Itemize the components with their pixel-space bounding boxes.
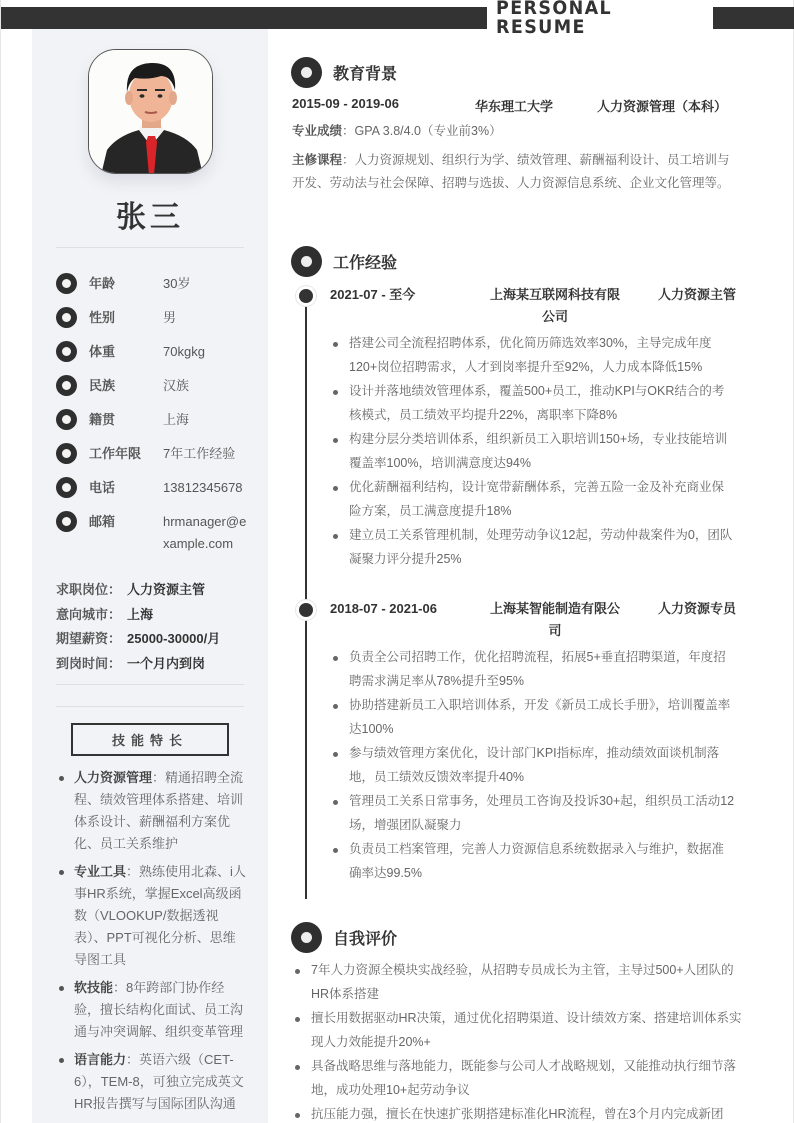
bullet-item: 负责员工档案管理，完善人力资源信息系统数据录入与维护，数据准确率达99.5% [330, 838, 736, 885]
skill-sep: ： [126, 864, 139, 879]
info-row-ethnicity: 民族 汉族 [56, 375, 256, 409]
job-intent-value: 一个月内到岗 [127, 652, 205, 677]
info-value: 上海 [163, 409, 247, 431]
job-intent-label: 意向城市： [56, 603, 127, 628]
info-value: 7年工作经验 [163, 443, 247, 465]
job-intent-list: 求职岗位： 人力资源主管 意向城市： 上海 期望薪资： 25000-30000/… [56, 578, 256, 676]
bullet-item: 管理员工关系日常事务，处理员工咨询及投诉30+起，组织员工活动12场，增强团队凝… [330, 790, 736, 837]
skills-title: 技能特长 [112, 730, 188, 749]
info-value: 男 [163, 307, 247, 329]
skill-name: 人力资源管理 [74, 770, 152, 785]
info-value: 70kgkg [163, 341, 247, 363]
info-label: 籍贯 [89, 409, 163, 430]
self-eval-list: 7年人力资源全模块实战经验，从招聘专员成长为主管，主导过500+人团队的HR体系… [292, 959, 742, 1123]
skill-name: 软技能 [74, 980, 113, 995]
job-intent-row: 到岗时间： 一个月内到岗 [56, 652, 256, 677]
info-label: 体重 [89, 341, 163, 362]
info-value: 30岁 [163, 273, 247, 295]
job-date: 2021-07 - 至今 [330, 284, 485, 328]
divider [56, 706, 244, 707]
skill-item: 软技能：8年跨部门协作经验，擅长结构化面试、员工沟通与冲突调解、组织变革管理 [56, 977, 246, 1043]
info-row-age: 年龄 30岁 [56, 273, 256, 307]
skill-sep: ： [126, 1052, 139, 1067]
dot-icon [56, 511, 77, 532]
dot-icon [56, 443, 77, 464]
section-dot-icon [291, 57, 322, 88]
info-value: 汉族 [163, 375, 247, 397]
info-label: 工作年限 [89, 443, 163, 464]
info-row-weight: 体重 70kgkg [56, 341, 256, 375]
job-position: 人力资源主管 [625, 284, 736, 328]
sidebar: 张三 年龄 30岁 性别 男 体重 70kgkg 民族 汉族 [32, 29, 268, 1123]
header-title-box: PERSONAL RESUME [487, 7, 713, 29]
info-row-gender: 性别 男 [56, 307, 256, 341]
eval-item: 擅长用数据驱动HR决策，通过优化招聘渠道、设计绩效方案、搭建培训体系实现人力效能… [292, 1007, 742, 1054]
skill-sep: ： [113, 980, 126, 995]
job-intent-label: 求职岗位： [56, 578, 127, 603]
info-row-phone: 电话 13812345678 [56, 477, 256, 511]
gpa-label: 专业成绩 [292, 124, 342, 138]
info-label: 电话 [89, 477, 163, 498]
job-intent-row: 意向城市： 上海 [56, 603, 256, 628]
bullet-item: 协助搭建新员工入职培训体系，开发《新员工成长手册》，培训覆盖率达100% [330, 694, 736, 741]
job-date: 2018-07 - 2021-06 [330, 598, 485, 642]
gpa-sep: ： [342, 124, 355, 138]
bullet-item: 构建分层分类培训体系，组织新员工入职培训150+场，专业技能培训覆盖率100%，… [330, 428, 736, 475]
info-row-hometown: 籍贯 上海 [56, 409, 256, 443]
job-company: 上海某互联网科技有限公司 [485, 284, 625, 328]
candidate-name: 张三 [32, 192, 268, 236]
timeline-dot-icon [299, 603, 313, 617]
job-intent-value: 人力资源主管 [127, 578, 205, 603]
skills-title-box: 技能特长 [71, 723, 229, 756]
education-school: 华东理工大学 [475, 96, 597, 115]
eval-item: 7年人力资源全模块实战经验，从招聘专员成长为主管，主导过500+人团队的HR体系… [292, 959, 742, 1006]
courses-label: 主修课程 [292, 153, 342, 167]
bullet-item: 搭建公司全流程招聘体系，优化简历筛选效率30%，主导完成年度120+岗位招聘需求… [330, 332, 736, 379]
dot-icon [56, 477, 77, 498]
dot-icon [56, 273, 77, 294]
education-row: 2015-09 - 2019-06 华东理工大学 人力资源管理（本科） [292, 96, 736, 115]
skill-item: 专业工具：熟练使用北森、i人事HR系统，掌握Excel高级函数（VLOOKUP/… [56, 861, 246, 971]
skill-sep: ： [152, 770, 165, 785]
bullet-item: 建立员工关系管理机制，处理劳动争议12起，劳动仲裁案件为0，团队凝聚力评分提升2… [330, 524, 736, 571]
avatar [88, 49, 213, 174]
section-title: 自我评价 [333, 926, 397, 949]
job-header: 2018-07 - 2021-06 上海某智能制造有限公司 人力资源专员 [330, 598, 736, 642]
education-gpa: 专业成绩：GPA 3.8/4.0（专业前3%） [292, 120, 736, 143]
section-dot-icon [291, 246, 322, 277]
job-intent-value: 上海 [127, 603, 153, 628]
courses-value: 人力资源规划、组织行为学、绩效管理、薪酬福利设计、员工培训与开发、劳动法与社会保… [292, 153, 730, 190]
section-education-header: 教育背景 [291, 57, 397, 88]
dot-icon [56, 375, 77, 396]
info-value: 13812345678 [163, 477, 247, 499]
job-intent-label: 到岗时间： [56, 652, 127, 677]
info-value: hrmanager@example.com [163, 511, 247, 555]
education-major: 人力资源管理（本科） [597, 96, 736, 115]
info-label: 民族 [89, 375, 163, 396]
eval-item: 抗压能力强，擅长在快速扩张期搭建标准化HR流程，曾在3个月内完成新团 [292, 1103, 742, 1123]
dot-icon [56, 409, 77, 430]
info-row-email: 邮箱 hrmanager@example.com [56, 511, 256, 567]
info-label: 邮箱 [89, 511, 163, 532]
info-label: 性别 [89, 307, 163, 328]
section-dot-icon [291, 922, 322, 953]
job-company: 上海某智能制造有限公司 [485, 598, 625, 642]
bullet-item: 优化薪酬福利结构，设计宽带薪酬体系，完善五险一金及补充商业保险方案，员工满意度提… [330, 476, 736, 523]
job-bullets: 负责全公司招聘工作，优化招聘流程，拓展5+垂直招聘渠道，年度招聘需求满足率从78… [330, 646, 736, 886]
resume-page: PERSONAL RESUME [0, 0, 794, 1123]
job-intent-row: 期望薪资： 25000-30000/月 [56, 627, 256, 652]
skill-desc: 熟练使用北森、i人事HR系统，掌握Excel高级函数（VLOOKUP/数据透视表… [74, 864, 246, 967]
job-header: 2021-07 - 至今 上海某互联网科技有限公司 人力资源主管 [330, 284, 736, 328]
bullet-item: 参与绩效管理方案优化，设计部门KPI指标库，推动绩效面谈机制落地，员工绩效反馈效… [330, 742, 736, 789]
skill-name: 专业工具 [74, 864, 126, 879]
avatar-illustration-icon [89, 50, 213, 174]
job-intent-row: 求职岗位： 人力资源主管 [56, 578, 256, 603]
job-bullets: 搭建公司全流程招聘体系，优化简历筛选效率30%，主导完成年度120+岗位招聘需求… [330, 332, 736, 572]
divider [56, 247, 244, 248]
timeline-dot-icon [299, 289, 313, 303]
skill-item: 人力资源管理：精通招聘全流程、绩效管理体系搭建、培训体系设计、薪酬福利方案优化、… [56, 767, 246, 855]
eval-item: 具备战略思维与落地能力，既能参与公司人才战略规划，又能推动执行细节落地，成功处理… [292, 1055, 742, 1102]
section-work-header: 工作经验 [291, 246, 397, 277]
section-title: 工作经验 [333, 250, 397, 273]
job-intent-value: 25000-30000/月 [127, 627, 220, 652]
timeline-line [305, 295, 307, 899]
job-intent-label: 期望薪资： [56, 627, 127, 652]
courses-sep: ： [342, 153, 355, 167]
section-self-eval-header: 自我评价 [291, 922, 397, 953]
job-position: 人力资源专员 [625, 598, 736, 642]
skill-name: 语言能力 [74, 1052, 126, 1067]
education-courses: 主修课程：人力资源规划、组织行为学、绩效管理、薪酬福利设计、员工培训与开发、劳动… [292, 149, 736, 195]
skills-list: 人力资源管理：精通招聘全流程、绩效管理体系搭建、培训体系设计、薪酬福利方案优化、… [56, 767, 246, 1121]
dot-icon [56, 307, 77, 328]
education-date: 2015-09 - 2019-06 [292, 96, 475, 115]
personal-info-list: 年龄 30岁 性别 男 体重 70kgkg 民族 汉族 籍贯 上海 [56, 273, 256, 567]
section-title: 教育背景 [333, 61, 397, 84]
info-label: 年龄 [89, 273, 163, 294]
gpa-value: GPA 3.8/4.0（专业前3%） [355, 124, 502, 138]
bullet-item: 负责全公司招聘工作，优化招聘流程，拓展5+垂直招聘渠道，年度招聘需求满足率从78… [330, 646, 736, 693]
dot-icon [56, 341, 77, 362]
bullet-item: 设计并落地绩效管理体系，覆盖500+员工，推动KPI与OKR结合的考核模式，员工… [330, 380, 736, 427]
skill-item: 语言能力：英语六级（CET-6），TEM-8，可独立完成英文HR报告撰写与国际团… [56, 1049, 246, 1115]
info-row-experience: 工作年限 7年工作经验 [56, 443, 256, 477]
divider [56, 684, 244, 685]
header-title: PERSONAL RESUME [496, 0, 704, 37]
